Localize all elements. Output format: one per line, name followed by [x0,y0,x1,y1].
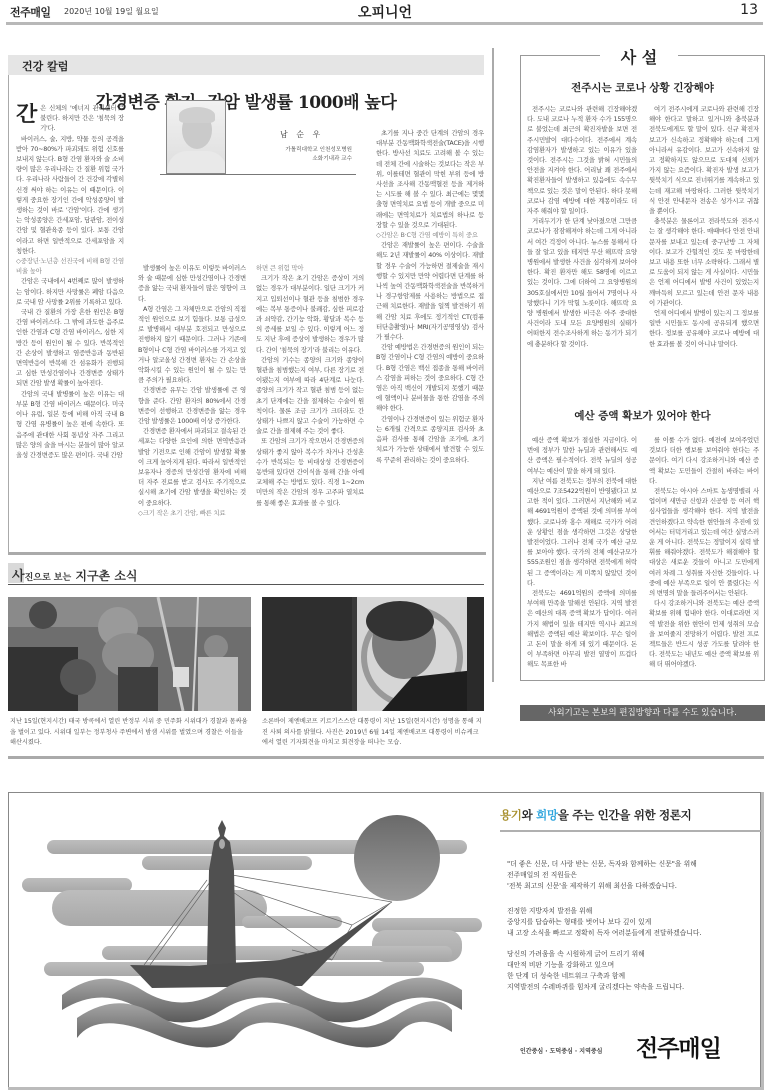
ad-heading-courage: 용기 [500,808,522,822]
ad-heading-hope: 희망 [536,808,558,822]
editorial-2-column-2: 를 이룰 수가 없다. 예전에 보여주었던 것보다 더한 행보를 보여줘야 한다… [649,435,759,677]
protest-photo-image [8,597,251,711]
ad-paragraph-1: "더 좋은 신문, 더 사랑 받는 신문, 독자와 함께하는 신문"을 위해 전… [507,859,697,892]
author-photo [166,100,226,174]
editorial-2-column-1: 예산 증액 확보가 절실한 지금이다. 이번에 정부가 말한 뉴딜과 관련해서도… [527,435,637,677]
ad-shadow-bottom [8,1087,764,1090]
ad-paragraph-2: 진정한 지방자치 발전을 위해 중앙지를 답습하는 형태를 벗어나 보다 깊이 … [507,906,702,939]
ad-divider [8,756,764,759]
author-photo-body [167,151,226,174]
masthead-logo: 전주매일 [10,4,51,20]
section-divider [8,552,486,555]
president-photo [262,597,484,711]
editorial-title-2: 예산 증액 확보가 있어야 한다 [520,408,765,423]
health-column-tab [8,55,484,75]
editorial-1-column-2: 여기 전주시에게 코로나와 관련해 긴장해야 한다고 말하고 있거니와 충북분과… [649,104,759,394]
ad-tagline: 인간중심 · 도덕중심 · 지역중심 [520,1046,602,1055]
ad-heading-rule [500,830,762,832]
subhead: ◇간암은 B·C형 간염 예방이 특히 중요 [376,230,484,240]
health-article-column-4: 초기를 지나 중간 단계의 간암의 경우 대부분 간동맥화학색전술(TACE)을… [376,128,484,550]
health-article-column-2: 발생률이 높은 이유도 이렇듯 바이러스와 술 때문에 심한 만성간염이나 간경… [138,263,246,550]
photo-caption-thailand: 지난 15일(현지시간) 태국 방콕에서 열린 반정부 시위 중 민주화 시위대… [10,717,248,749]
health-article-column-3: 하면 큰 위험 막아 크기가 작은 초기 간암은 증상이 거의 없는 경우가 대… [256,263,364,550]
issue-date: 2020년 10월 19일 월요일 [64,6,159,17]
ship-illustration [22,800,482,1080]
editorial-title-1: 전주시는 코로나 상황 긴장해야 [520,80,765,95]
ad-shadow-right [761,792,764,1090]
ad-logo: 전주매일 [636,1030,721,1063]
author-name: 남 순 우 [280,129,323,140]
photo-news-rule [8,584,484,585]
author-affiliation: 가톨릭대학교 인천성모병원 [232,145,352,153]
column-divider [492,48,494,682]
page-number: 13 [740,2,758,18]
author-photo-hair [179,107,215,123]
subhead: ◇중장년·노년층 선진국에 비해 B형 간염 비율 높아 [16,256,124,276]
byline-rule [160,174,356,175]
ad-heading: 용기와 희망을 주는 인간을 위한 정론지 [500,807,691,823]
ad-paragraph-3: 당신의 가려움을 속 시원하게 긁어 드리기 위해 대안적 비판 기능을 강화하… [507,949,684,993]
health-column-label: 건강 칼럼 [22,58,68,74]
disclaimer-banner: 사외기고는 본보의 편집방향과 다를 수도 있습니다. [520,705,765,721]
subhead: ◇크기 작은 초기 간암, 빠른 치료 [138,508,246,518]
photo-caption-kyrgyzstan: 소론바이 제엔베코프 키르기스스탄 대통령이 지난 15일(현지시간) 성명을 … [262,717,484,749]
dropcap: 간 [16,103,37,125]
editorial-label: 사 설 [600,45,678,68]
pen-ship-illustration [22,800,482,1080]
author-title: 소화기내과 교수 [232,154,352,162]
president-photo-image [262,597,484,711]
photo-news-heading: 사진으로 보는 지구촌 소식 [12,565,138,584]
health-article-column-1: 간은 신체의 '에너지 관리센터'로 불린다. 하지만 간은 '침묵의 장기'다… [16,103,124,550]
header-rule [6,22,763,25]
protest-photo [8,597,251,711]
editorial-1-column-1: 전주시는 코로나와 관련해 긴장해야겠다. 도내 코로나 누적 환자 수가 15… [527,104,637,394]
